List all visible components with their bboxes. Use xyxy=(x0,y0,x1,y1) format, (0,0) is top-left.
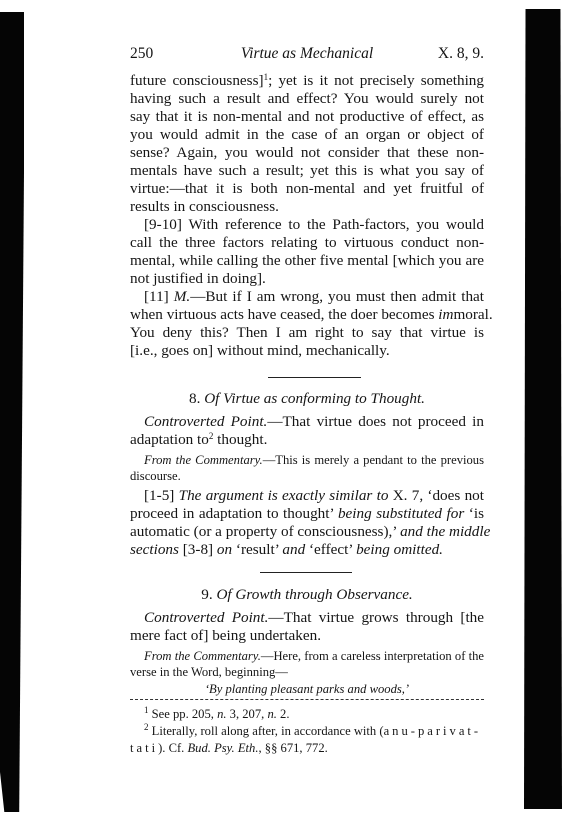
body-line: virtue:—that it is both non-mental and y… xyxy=(130,180,484,198)
section-separator xyxy=(260,572,352,573)
section-reference: X. 8, 9. xyxy=(438,45,484,63)
running-title: Virtue as Mechanical xyxy=(130,45,484,63)
body-line: sections [3-8] on ‘result’ and ‘effect’ … xyxy=(130,541,484,559)
section-9-heading: 9. Of Growth through Observance. xyxy=(130,586,484,604)
commentary: From the Commentary.—Here, from a carele… xyxy=(130,648,484,664)
scan-border-left xyxy=(0,12,24,812)
body-line: mentals have such a result; yet this is … xyxy=(130,162,484,180)
body-line: call the three factors relating to virtu… xyxy=(130,234,484,252)
body-line: future consciousness]1; yet is it not pr… xyxy=(130,72,484,90)
scan-border-right xyxy=(524,9,562,809)
body-line: [11] M.—But if I am wrong, you must then… xyxy=(130,288,484,306)
body-line: [9-10] With reference to the Path-factor… xyxy=(130,216,484,234)
section-separator xyxy=(268,377,361,378)
running-header: 250 Virtue as Mechanical X. 8, 9. xyxy=(130,45,484,65)
body-line: mere fact of] being undertaken. xyxy=(130,627,484,645)
footnote-1: 1 See pp. 205, n. 3, 207, n. 2. xyxy=(130,706,498,723)
speaker-label: M. xyxy=(174,288,190,305)
controverted-point: Controverted Point.—That virtue does not… xyxy=(130,413,484,431)
commentary-line: verse in the Word, beginning— xyxy=(130,664,484,680)
body-line: [1-5] The argument is exactly similar to… xyxy=(130,487,484,505)
verse-quote: ‘By planting pleasant parks and woods,’ xyxy=(130,681,484,697)
commentary-line: discourse. xyxy=(130,468,484,484)
section-8-heading: 8. Of Virtue as conforming to Thought. xyxy=(130,390,484,408)
footnote-rule xyxy=(130,699,484,700)
body-line: adaptation to2 thought. xyxy=(130,431,484,449)
body-line: say that it is non-mental and not produc… xyxy=(130,108,484,126)
body-line: not justified in doing]. xyxy=(130,270,484,288)
body-line: automatic (or a property of consciousnes… xyxy=(130,523,484,541)
body-line: sense? Again, you would not consider tha… xyxy=(130,144,484,162)
body-line: you would admit in the case of an organ … xyxy=(130,126,484,144)
body-line: mental, while calling the other five men… xyxy=(130,252,484,270)
body-line: You deny this? Then I am right to say th… xyxy=(130,324,484,342)
body-line: having such a result and effect? You wou… xyxy=(130,90,484,108)
body-line: when virtuous acts have ceased, the doer… xyxy=(130,306,484,324)
controverted-point: Controverted Point.—That virtue grows th… xyxy=(130,609,484,627)
body-line: [i.e., goes on] without mind, mechanical… xyxy=(130,342,484,360)
commentary: From the Commentary.—This is merely a pe… xyxy=(130,452,484,468)
body-line: proceed in adaptation to thought’ being … xyxy=(130,505,484,523)
footnote-2: 2 Literally, roll along after, in accord… xyxy=(130,723,498,740)
body-line: results in consciousness. xyxy=(130,198,484,216)
footnote-2-cont: tati). Cf. Bud. Psy. Eth., §§ 671, 772. xyxy=(130,740,484,757)
